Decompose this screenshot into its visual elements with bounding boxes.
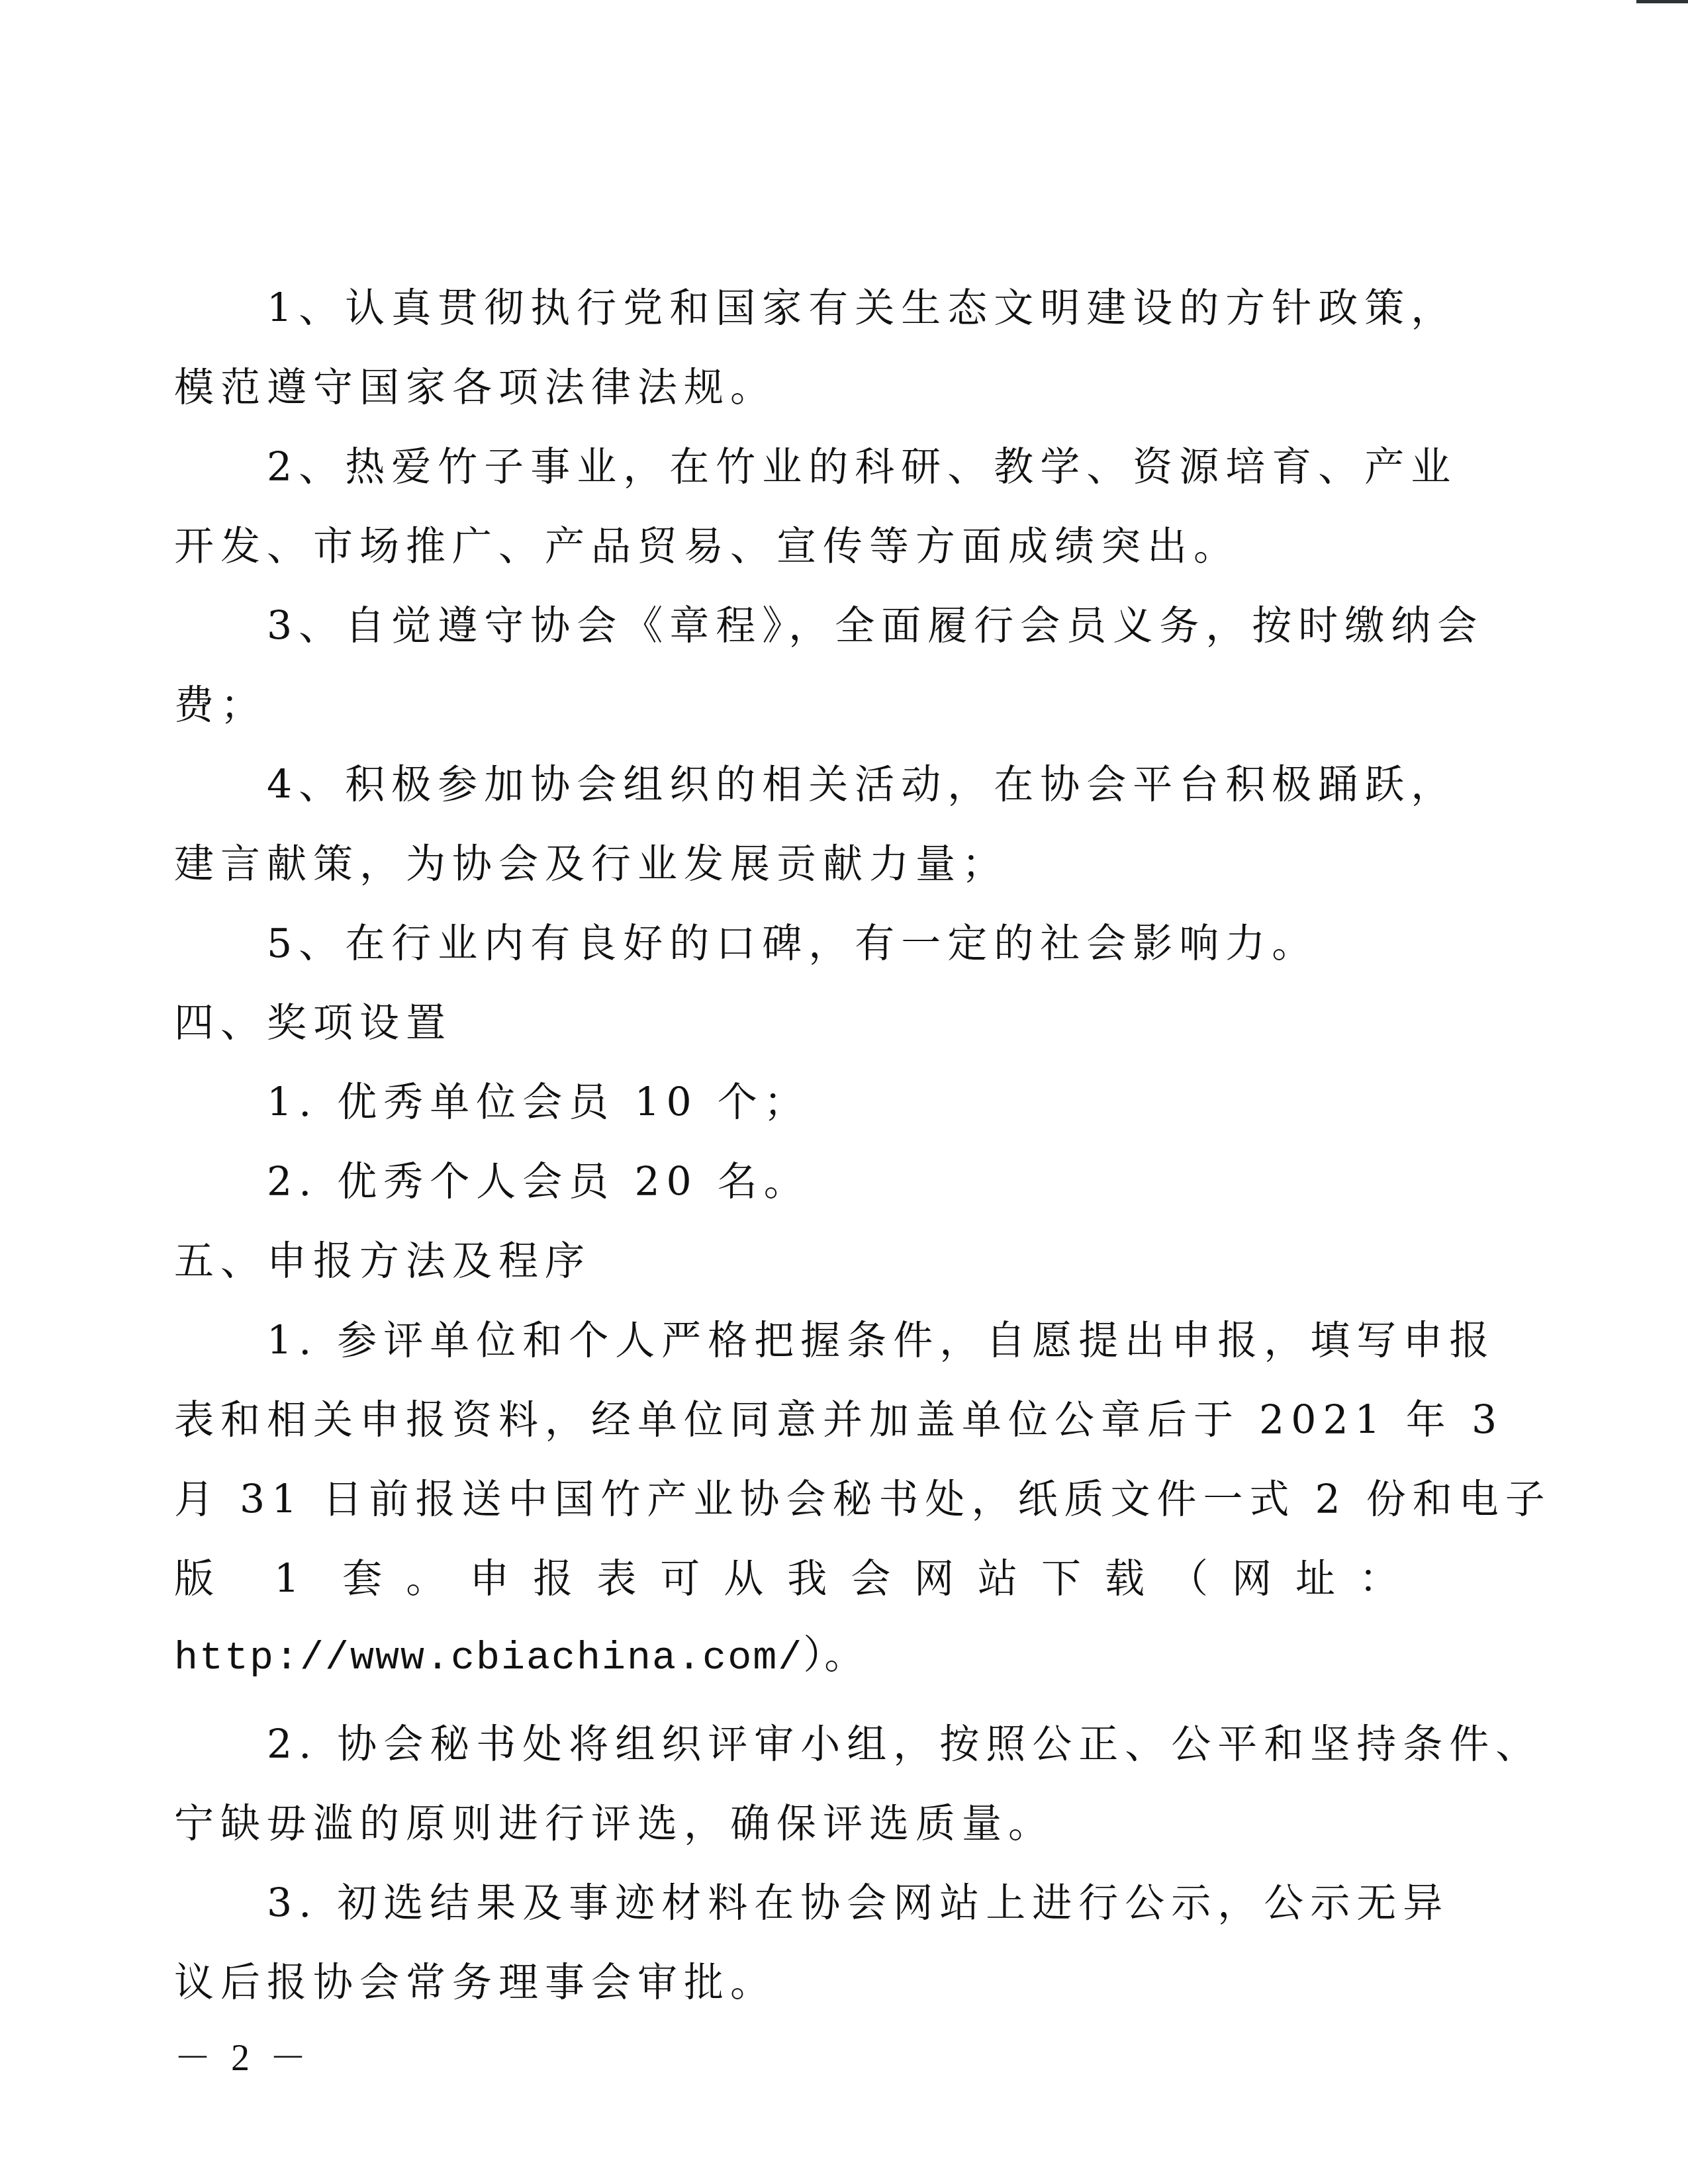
section-4-heading: 四、奖项设置	[174, 999, 452, 1047]
award-item-2: 2. 优秀个人会员 20 名。	[267, 1158, 810, 1206]
requirement-4-line-2: 建言献策，为协会及行业发展贡献力量；	[174, 841, 1008, 888]
website-url: http://www.cbiachina.com/）。	[174, 1635, 865, 1682]
requirement-1-line-2: 模范遵守国家各项法律法规。	[174, 364, 776, 412]
award-item-1: 1. 优秀单位会员 10 个；	[267, 1079, 810, 1126]
procedure-1-line-4: 版 1 套。申报表可从我会网站下载（网址：	[174, 1555, 1405, 1603]
procedure-1-line-2: 表和相关申报资料，经单位同意并加盖单位公章后于 2021 年 3	[174, 1396, 1405, 1444]
procedure-3-line-1: 3. 初选结果及事迹材料在协会网站上进行公示，公示无异	[267, 1880, 1405, 1927]
requirement-5-line-1: 5、在行业内有良好的口碑，有一定的社会影响力。	[267, 920, 1318, 968]
procedure-2-line-1: 2. 协会秘书处将组织评审小组，按照公正、公平和坚持条件、	[267, 1721, 1405, 1768]
procedure-3-line-2: 议后报协会常务理事会审批。	[174, 1959, 776, 2007]
section-5-heading: 五、申报方法及程序	[174, 1238, 591, 1285]
scan-edge-mark	[1636, 0, 1688, 3]
requirement-3-line-1: 3、自觉遵守协会《章程》，全面履行会员义务，按时缴纳会	[267, 602, 1405, 650]
procedure-1-line-1: 1. 参评单位和个人严格把握条件，自愿提出申报，填写申报	[267, 1317, 1405, 1365]
procedure-2-line-2: 宁缺毋滥的原则进行评选，确保评选质量。	[174, 1800, 1055, 1848]
requirement-1-line-1: 1、认真贯彻执行党和国家有关生态文明建设的方针政策，	[267, 285, 1405, 332]
requirement-4-line-1: 4、积极参加协会组织的相关活动，在协会平台积极踊跃，	[267, 761, 1405, 809]
page-number: － 2 －	[174, 2038, 312, 2078]
requirement-2-line-2: 开发、市场推广、产品贸易、宣传等方面成绩突出。	[174, 523, 1240, 570]
procedure-1-line-3: 月 31 日前报送中国竹产业协会秘书处，纸质文件一式 2 份和电子	[174, 1476, 1405, 1524]
requirement-3-line-2: 费；	[174, 682, 267, 729]
requirement-2-line-1: 2、热爱竹子事业，在竹业的科研、教学、资源培育、产业	[267, 443, 1405, 491]
